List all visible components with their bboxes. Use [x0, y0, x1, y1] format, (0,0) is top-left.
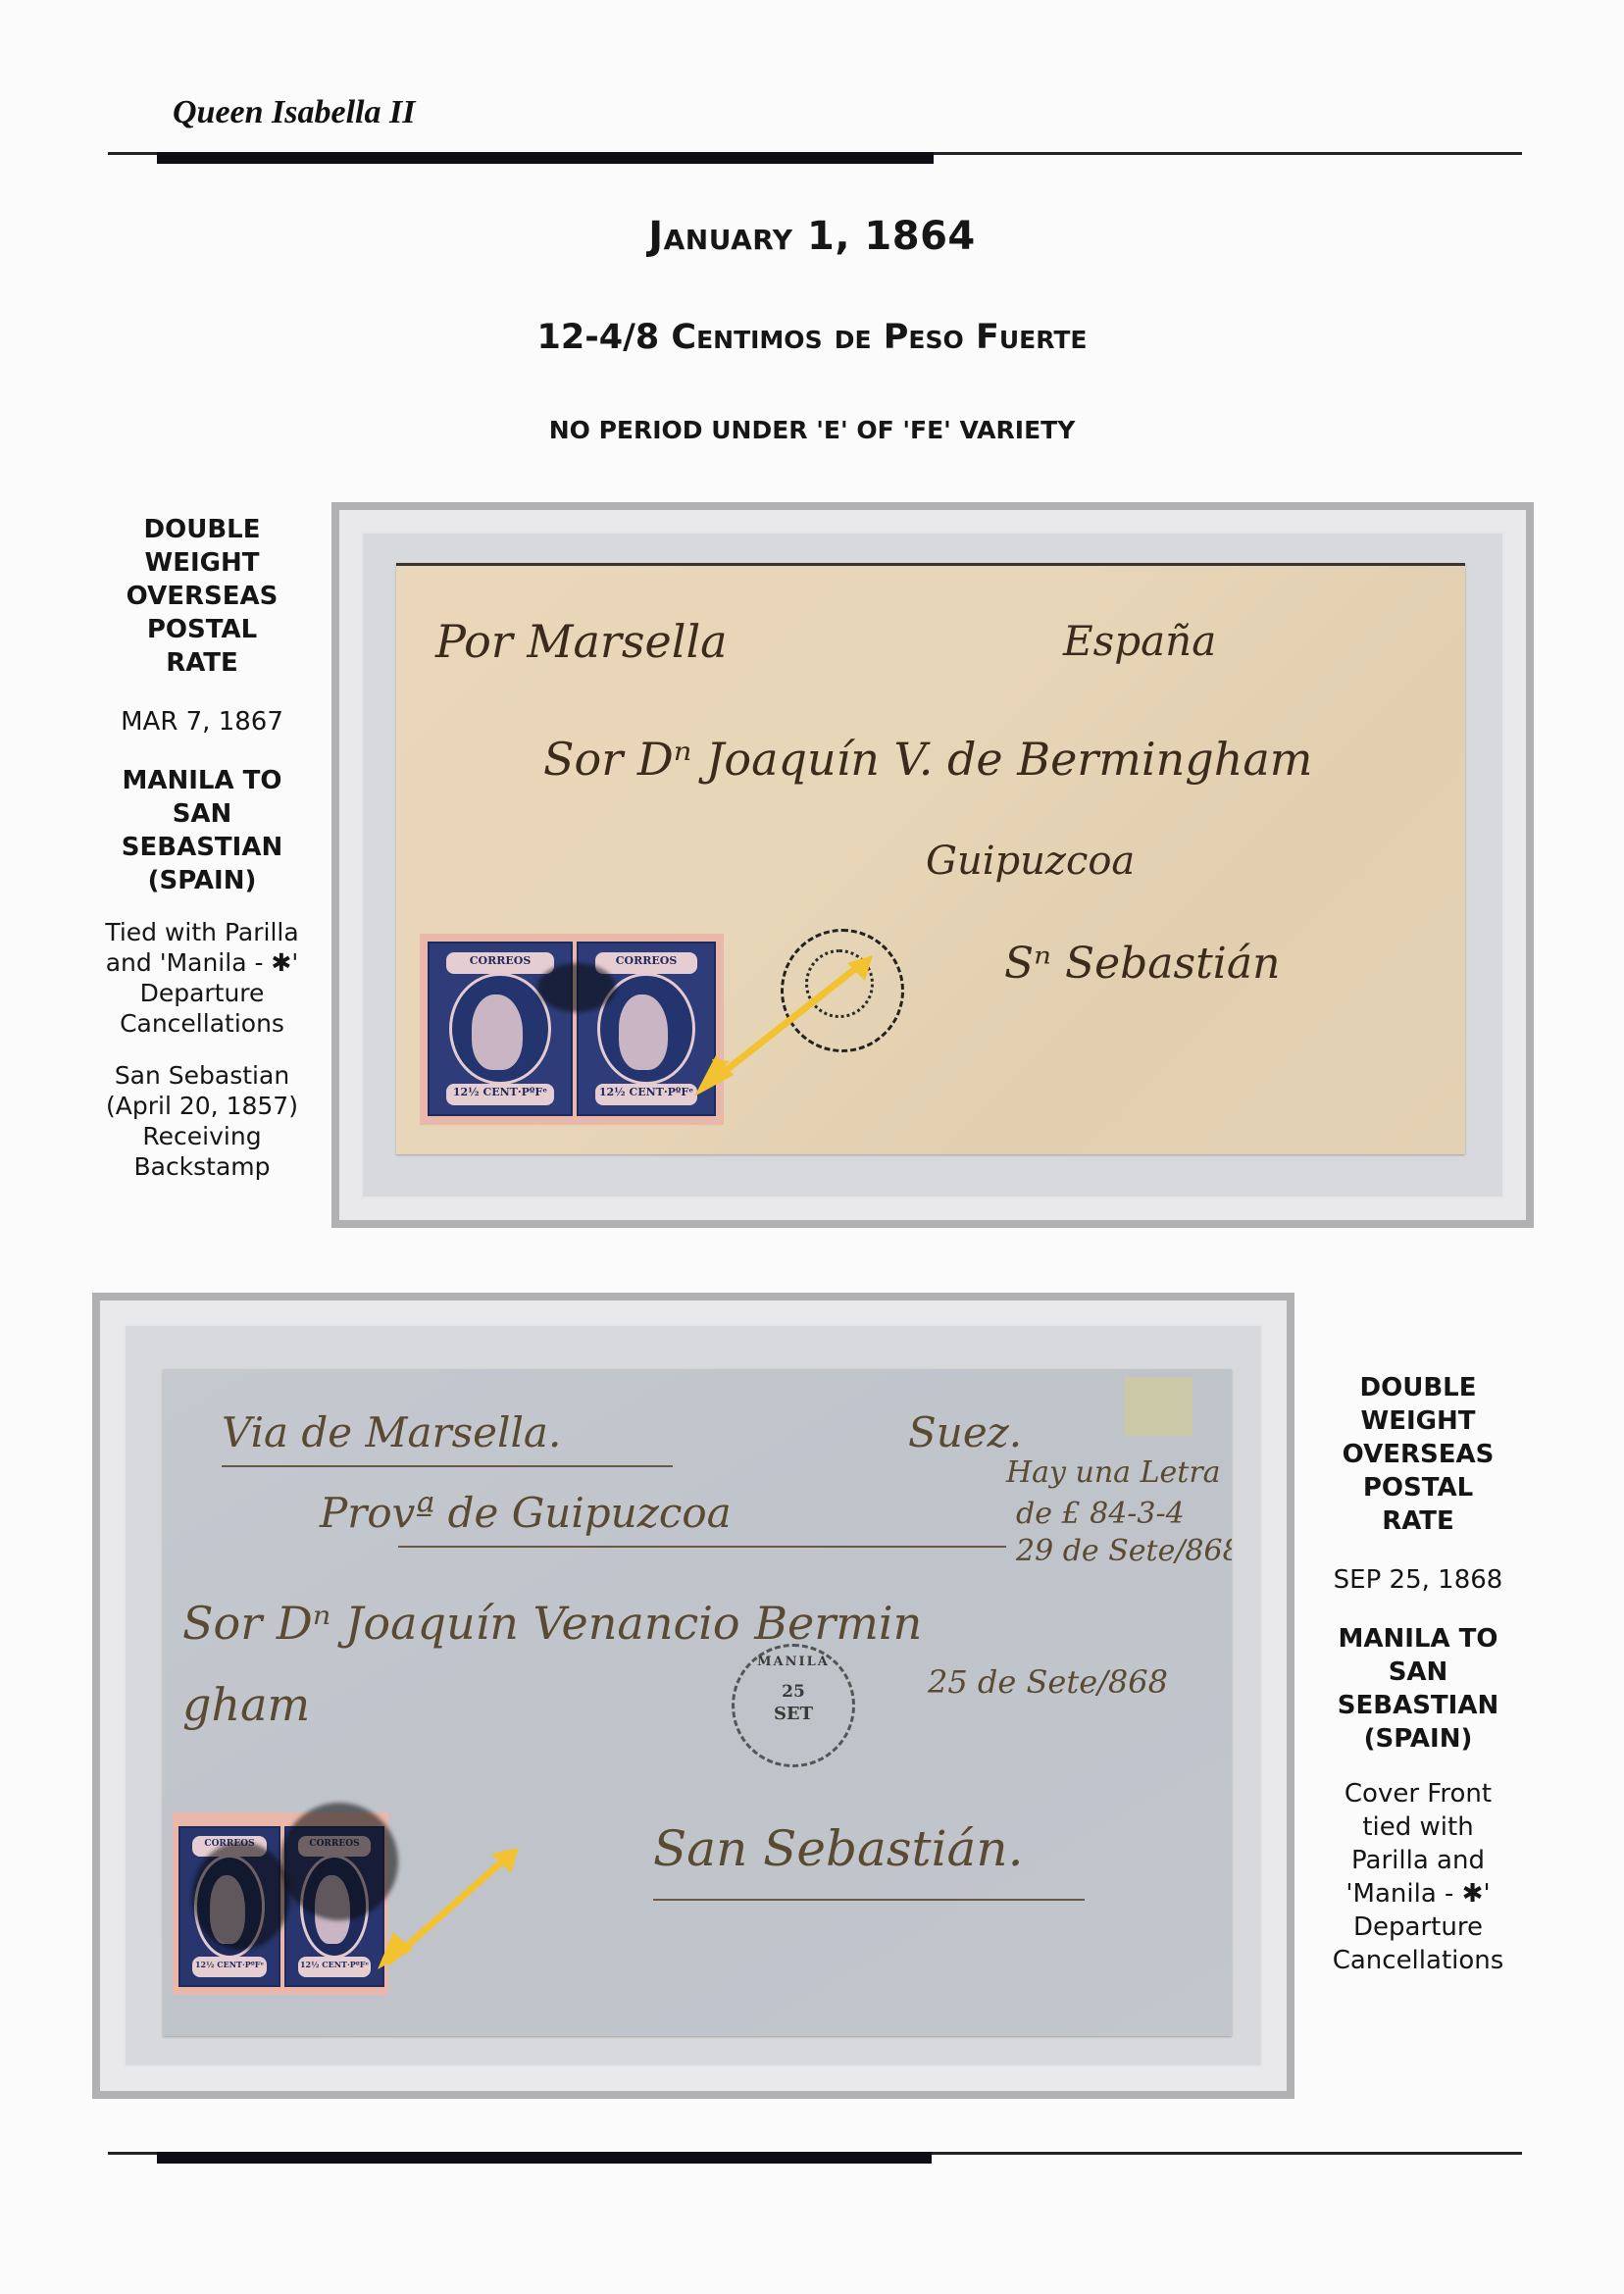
cover2-stain	[1124, 1377, 1193, 1436]
cover1-rate-line: WEIGHT	[89, 546, 315, 580]
cover1-stamp-pair: CORREOS 12½ CENT·PºFᵉ CORREOS 12½ CENT·P…	[420, 934, 724, 1125]
cover1-backstamp-line: San Sebastian	[89, 1060, 315, 1091]
cover1-rate-line: DOUBLE	[89, 513, 315, 546]
cover2-stamp-pair: CORREOS 12½ CENT·PºFᵉ CORREOS 12½ CENT·P…	[173, 1812, 388, 1995]
cover2-routing-text: Via de Marsella.	[222, 1408, 561, 1456]
cover1-province-text: Guipuzcoa	[926, 839, 1135, 884]
cover1-notes: DOUBLE WEIGHT OVERSEAS POSTAL RATE MAR 7…	[89, 513, 315, 1182]
cover2-via-text: Suez.	[908, 1408, 1022, 1456]
header-rule-thick	[157, 152, 934, 164]
cover2-date: SEP 25, 1868	[1304, 1563, 1532, 1597]
cover1-route-line: (SPAIN)	[89, 864, 315, 897]
cover1-rate-line: OVERSEAS	[89, 580, 315, 613]
cover1-route-line: SEBASTIAN	[89, 831, 315, 864]
cover2-description-line: Cover Front	[1304, 1777, 1532, 1810]
album-page-title: Queen Isabella II	[173, 94, 415, 131]
cover1-envelope: Por Marsella España Sor Dⁿ Joaquín V. de…	[396, 563, 1465, 1154]
cover2-note-text: de £ 84-3-4	[1016, 1497, 1185, 1531]
footer-rule-thick	[157, 2152, 932, 2164]
cover1-backstamp-line: (April 20, 1857)	[89, 1091, 315, 1121]
cover1-rate-line: POSTAL	[89, 613, 315, 646]
cover2-addressee-cont-text: gham	[182, 1678, 310, 1731]
variety-pointer-arrow-icon	[374, 1846, 521, 1973]
cover1-description-line: Cancellations	[89, 1008, 315, 1039]
cover2-description-line: 'Manila - ✱'	[1304, 1877, 1532, 1911]
cover1-mount-frame: Por Marsella España Sor Dⁿ Joaquín V. de…	[331, 502, 1534, 1228]
cover2-note-text: Hay una Letra	[1006, 1455, 1221, 1490]
cover1-description-line: Departure	[89, 978, 315, 1008]
cover2-mount-frame: Via de Marsella. Suez. Hay una Letra de …	[92, 1293, 1294, 2099]
cover2-description-line: Departure	[1304, 1911, 1532, 1944]
cover1-date: MAR 7, 1867	[89, 705, 315, 739]
cover2-cover-front: Via de Marsella. Suez. Hay una Letra de …	[163, 1369, 1232, 2036]
cover2-route-line: MANILA TO	[1304, 1622, 1532, 1656]
cover2-description-line: Cancellations	[1304, 1944, 1532, 1977]
cover2-addressee-text: Sor Dⁿ Joaquín Venancio Bermin	[182, 1597, 922, 1650]
cover1-route-line: MANILA TO	[89, 764, 315, 797]
cover1-backstamp-line: Backstamp	[89, 1151, 315, 1182]
cover2-province-text: Provª de Guipuzcoa	[320, 1489, 732, 1537]
parilla-cancel	[192, 1842, 290, 1950]
cover1-description-line: and 'Manila - ✱'	[89, 947, 315, 978]
cover2-manila-postmark: MANILA 25 SET	[732, 1644, 855, 1767]
stamp-value-heading: 12-4/8 Centimos de Peso Fuerte	[0, 318, 1624, 357]
cover2-rate-line: RATE	[1304, 1504, 1532, 1538]
cover2-description-line: tied with	[1304, 1810, 1532, 1844]
cover1-backstamp-line: Receiving	[89, 1121, 315, 1151]
cover2-note-text: 29 de Sete/868	[1016, 1534, 1232, 1568]
cover1-route-line: SAN	[89, 797, 315, 831]
variety-pointer-arrow-icon	[690, 953, 877, 1100]
issue-date-heading: January 1, 1864	[0, 214, 1624, 259]
cover2-route-line: (SPAIN)	[1304, 1722, 1532, 1756]
cover1-description-line: Tied with Parilla	[89, 917, 315, 947]
cover2-route-line: SAN	[1304, 1656, 1532, 1689]
cover1-country-text: España	[1063, 617, 1216, 665]
cover1-city-text: Sⁿ Sebastián	[1004, 939, 1280, 989]
cover2-rate-line: DOUBLE	[1304, 1371, 1532, 1404]
cover1-routing-text: Por Marsella	[435, 615, 728, 668]
cover1-rate-line: RATE	[89, 646, 315, 680]
cover2-city-text: San Sebastián.	[653, 1820, 1023, 1877]
cover2-rate-line: OVERSEAS	[1304, 1438, 1532, 1471]
cover2-description-line: Parilla and	[1304, 1844, 1532, 1877]
parilla-cancel	[537, 963, 616, 1012]
cover2-date-note-text: 25 de Sete/868	[928, 1663, 1168, 1701]
variety-heading: NO PERIOD UNDER 'E' OF 'FE' VARIETY	[0, 416, 1624, 444]
cover1-addressee-text: Sor Dⁿ Joaquín V. de Bermingham	[543, 733, 1312, 786]
cover2-route-line: SEBASTIAN	[1304, 1689, 1532, 1722]
cover2-rate-line: WEIGHT	[1304, 1404, 1532, 1438]
cover2-rate-line: POSTAL	[1304, 1471, 1532, 1504]
cover2-notes: DOUBLE WEIGHT OVERSEAS POSTAL RATE SEP 2…	[1304, 1371, 1532, 1977]
